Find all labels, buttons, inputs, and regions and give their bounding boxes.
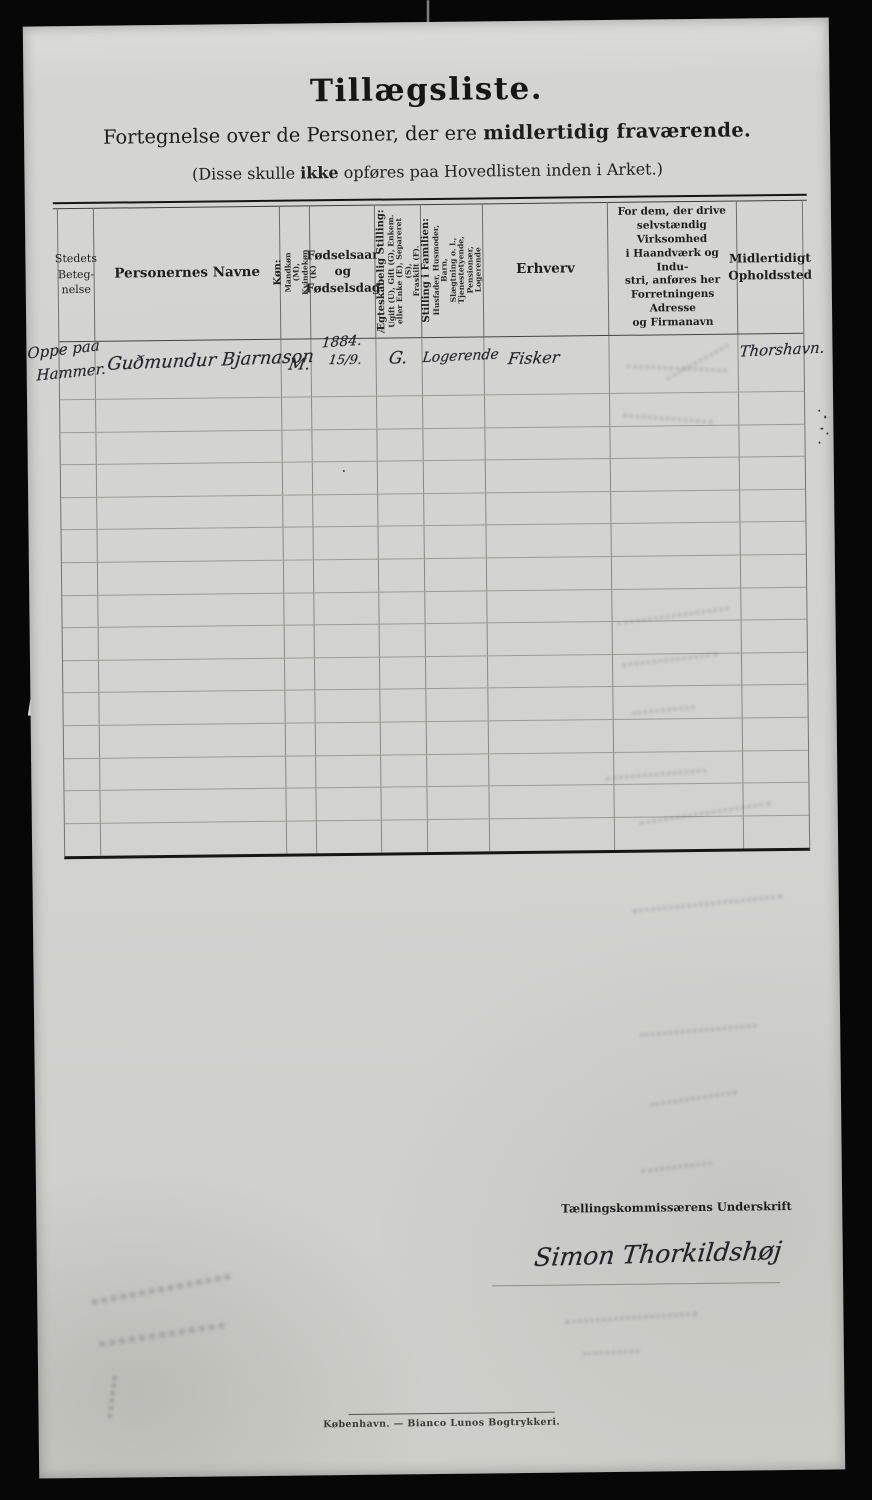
note-text-suffix: opføres paa Hovedlisten inden i Arket.)	[339, 159, 663, 182]
table-cell	[286, 723, 316, 755]
table-cell	[285, 593, 315, 625]
entry-birth-day: 15/9.	[328, 353, 363, 368]
ink-bleed-mark	[565, 1312, 697, 1323]
col-header-temp-residence: Midlertidigt Opholdssted	[737, 200, 804, 334]
table-cell	[284, 495, 314, 527]
table-cell	[379, 592, 425, 624]
ink-bleed-mark	[640, 1024, 756, 1036]
table-cell	[613, 718, 743, 751]
table-cell	[610, 425, 740, 458]
table-cell	[381, 755, 427, 787]
table-cell	[739, 392, 804, 424]
imprint-rule	[349, 1412, 555, 1415]
table-cell	[316, 690, 381, 722]
table-cell	[486, 492, 611, 525]
table-cell	[428, 819, 490, 852]
table-cell	[490, 818, 615, 852]
table-cell	[62, 595, 98, 627]
table-cell	[611, 555, 741, 588]
table-cell	[424, 493, 486, 525]
col-header-occupation-label: Erhverv	[516, 260, 575, 278]
table-cell	[381, 722, 427, 754]
table-cell	[743, 750, 808, 782]
col-header-family: Stilling i Familien: Husfader, Husmoder,…	[421, 203, 485, 337]
table-cell	[99, 658, 286, 692]
census-table: Stedets Beteg- nelse Personernes Navne K…	[57, 200, 810, 860]
ink-bleed-mark	[651, 1091, 736, 1107]
table-header-row: Stedets Beteg- nelse Personernes Navne K…	[58, 200, 803, 342]
table-cell	[423, 395, 485, 427]
col-header-family-label: Stilling i Familien: Husfader, Husmoder,…	[420, 218, 484, 323]
table-cell	[316, 723, 381, 755]
table-cell	[284, 528, 314, 560]
table-cell	[744, 783, 809, 815]
table-cell	[741, 555, 806, 587]
table-cell	[99, 626, 286, 660]
col-header-name-label: Personernes Navne	[114, 264, 260, 283]
entry-sex: M.	[287, 354, 312, 373]
ink-speck	[343, 470, 345, 472]
table-cell	[379, 559, 425, 591]
table-cell	[287, 788, 317, 820]
table-cell	[425, 558, 487, 590]
table-cell	[488, 687, 613, 720]
table-cell	[424, 461, 486, 493]
table-cell	[313, 462, 378, 494]
table-cell	[741, 522, 806, 554]
table-cell	[743, 718, 808, 750]
table-cell	[100, 756, 287, 790]
table-cell	[101, 821, 288, 856]
table-cell	[611, 523, 741, 556]
table-cell	[487, 590, 612, 623]
table-cell	[740, 490, 805, 522]
table-cell	[316, 755, 381, 787]
subtitle-text: Fortegnelse over de Personer, der ere	[103, 121, 483, 148]
table-cell	[427, 787, 489, 819]
table-cell	[426, 689, 488, 721]
col-header-business-label: For dem, der drive selvstændig Virksomhe…	[607, 205, 737, 331]
table-cell	[740, 424, 805, 456]
table-cell	[287, 821, 317, 854]
table-cell	[286, 691, 316, 723]
table-cell	[96, 398, 283, 432]
col-header-marital: Ægteskabelig Stilling: Ugift (U), Gift (…	[375, 204, 423, 338]
table-cell	[380, 657, 426, 689]
table-cell	[97, 528, 284, 562]
table-cell	[612, 621, 742, 654]
page-subtitle: Fortegnelse over de Personer, der ere mi…	[24, 117, 830, 149]
ink-bleed-mark	[583, 1350, 639, 1356]
ink-speck	[820, 428, 823, 430]
table-cell	[487, 622, 612, 655]
table-cell	[741, 587, 806, 619]
table-cell	[378, 494, 424, 526]
table-cell	[610, 458, 740, 491]
printer-imprint: København. — Bianco Lunos Bogtrykkeri.	[39, 1413, 845, 1433]
entry-temp-residence: Thorshavn.	[739, 339, 826, 361]
table-cell	[317, 820, 382, 853]
ink-speck	[818, 410, 820, 412]
table-cell	[315, 625, 380, 657]
note-bold-text: ikke	[300, 163, 339, 182]
table-cell	[425, 591, 487, 623]
table-cell	[427, 721, 489, 753]
table-cell	[314, 560, 379, 592]
table-cell	[98, 561, 285, 595]
table-cell	[62, 530, 98, 562]
page-title: Tillægsliste.	[23, 67, 829, 112]
table-cell	[61, 465, 97, 497]
table-cell	[614, 816, 744, 850]
table-cell	[284, 560, 314, 592]
table-cell	[487, 557, 612, 590]
table-cell	[315, 657, 380, 689]
family-detail: Husfader, Husmoder, Barn, Slægtning o. l…	[432, 218, 484, 323]
table-cell	[63, 628, 99, 660]
signature-rule	[492, 1282, 780, 1286]
table-cell	[382, 820, 428, 853]
sex-title: Køn:	[272, 259, 284, 285]
table-cell	[63, 693, 99, 725]
table-cell	[614, 751, 744, 784]
table-cell	[313, 494, 378, 526]
table-cell	[488, 655, 613, 688]
table-cell	[485, 394, 610, 427]
table-cell	[609, 335, 739, 393]
ink-speck	[824, 416, 826, 419]
table-cell	[486, 459, 611, 492]
table-cell	[285, 625, 315, 657]
entry-marital: G.	[388, 348, 409, 368]
table-body	[59, 334, 809, 857]
table-cell	[379, 526, 425, 558]
entry-occupation: Fisker	[507, 348, 561, 369]
table-cell	[380, 624, 426, 656]
table-cell	[315, 592, 380, 624]
table-cell	[65, 824, 101, 857]
entry-birth-year: 1884.	[321, 333, 362, 352]
ink-bleed-mark	[633, 895, 783, 913]
table-cell	[64, 791, 100, 823]
note-text: (Disse skulle	[192, 163, 300, 183]
table-cell	[426, 624, 488, 656]
col-header-place: Stedets Beteg- nelse	[58, 208, 96, 341]
table-cell	[283, 463, 313, 495]
table-cell	[313, 429, 378, 461]
table-cell	[60, 400, 96, 432]
table-cell	[489, 720, 614, 753]
table-cell	[742, 620, 807, 652]
table-cell	[742, 685, 807, 717]
table-cell	[285, 658, 315, 690]
table-cell	[485, 427, 610, 460]
ink-bleed-mark	[99, 1323, 224, 1347]
table-cell	[61, 498, 97, 530]
signature-label: Tællingskommissærens Underskrift	[561, 1199, 792, 1216]
table-cell	[97, 463, 284, 497]
col-header-occupation: Erhverv	[483, 202, 609, 336]
table-cell	[486, 524, 611, 557]
page-note: (Disse skulle ikke opføres paa Hovedlist…	[24, 157, 830, 185]
table-cell	[423, 428, 485, 460]
subtitle-bold-text: midlertidig fraværende.	[483, 118, 751, 144]
ink-speck	[826, 433, 828, 435]
col-header-birth-label: Fødselsaar og Fødselsdag	[305, 247, 380, 296]
commissioner-signature: Simon Thorkildshøj	[533, 1236, 783, 1272]
table-cell	[489, 752, 614, 785]
col-header-marital-label: Ægteskabelig Stilling: Ugift (U), Gift (…	[375, 209, 422, 333]
scanned-census-page: { "page": { "title": "Tillægsliste.", "s…	[0, 0, 872, 1500]
col-header-birth: Fødselsaar og Fødselsdag	[310, 205, 377, 339]
table-cell	[97, 495, 284, 529]
table-cell	[425, 526, 487, 558]
table-cell	[283, 430, 313, 462]
table-cell	[489, 785, 614, 818]
ink-bleed-mark	[108, 1376, 117, 1418]
table-cell	[378, 429, 424, 461]
table-cell	[62, 563, 98, 595]
table-cell	[312, 397, 377, 429]
col-header-business: For dem, der drive selvstændig Virksomhe…	[607, 201, 738, 335]
table-cell	[744, 815, 809, 848]
table-cell	[378, 461, 424, 493]
table-cell	[314, 527, 379, 559]
table-cell	[286, 756, 316, 788]
ink-speck	[819, 442, 821, 444]
col-header-place-label: Stedets Beteg- nelse	[55, 250, 98, 298]
table-cell	[98, 593, 285, 627]
table-cell	[427, 754, 489, 786]
table-cell	[740, 457, 805, 489]
ink-bleed-mark	[642, 1162, 712, 1173]
table-cell	[282, 397, 312, 429]
table-cell	[422, 337, 484, 395]
table-cell	[382, 787, 428, 819]
table-cell	[100, 724, 287, 758]
table-cell	[426, 656, 488, 688]
table-cell	[100, 789, 287, 823]
table-cell	[380, 689, 426, 721]
ink-bleed-mark	[92, 1274, 231, 1305]
table-cell	[611, 490, 741, 523]
table-cell	[742, 653, 807, 685]
marital-detail: Ugift (U), Gift (G), Enkem. eller Enke (…	[386, 209, 421, 333]
table-cell	[64, 726, 100, 758]
table-cell	[317, 788, 382, 820]
document-sheet: Tillægsliste. Fortegnelse over de Person…	[23, 17, 845, 1478]
col-header-temp-residence-label: Midlertidigt Opholdssted	[728, 250, 812, 283]
table-cell	[96, 430, 283, 464]
table-cell	[377, 396, 423, 428]
col-header-name: Personernes Navne	[94, 206, 282, 341]
table-cell	[60, 432, 96, 464]
table-cell	[99, 691, 286, 725]
table-cell	[64, 758, 100, 790]
table-cell	[63, 661, 99, 693]
